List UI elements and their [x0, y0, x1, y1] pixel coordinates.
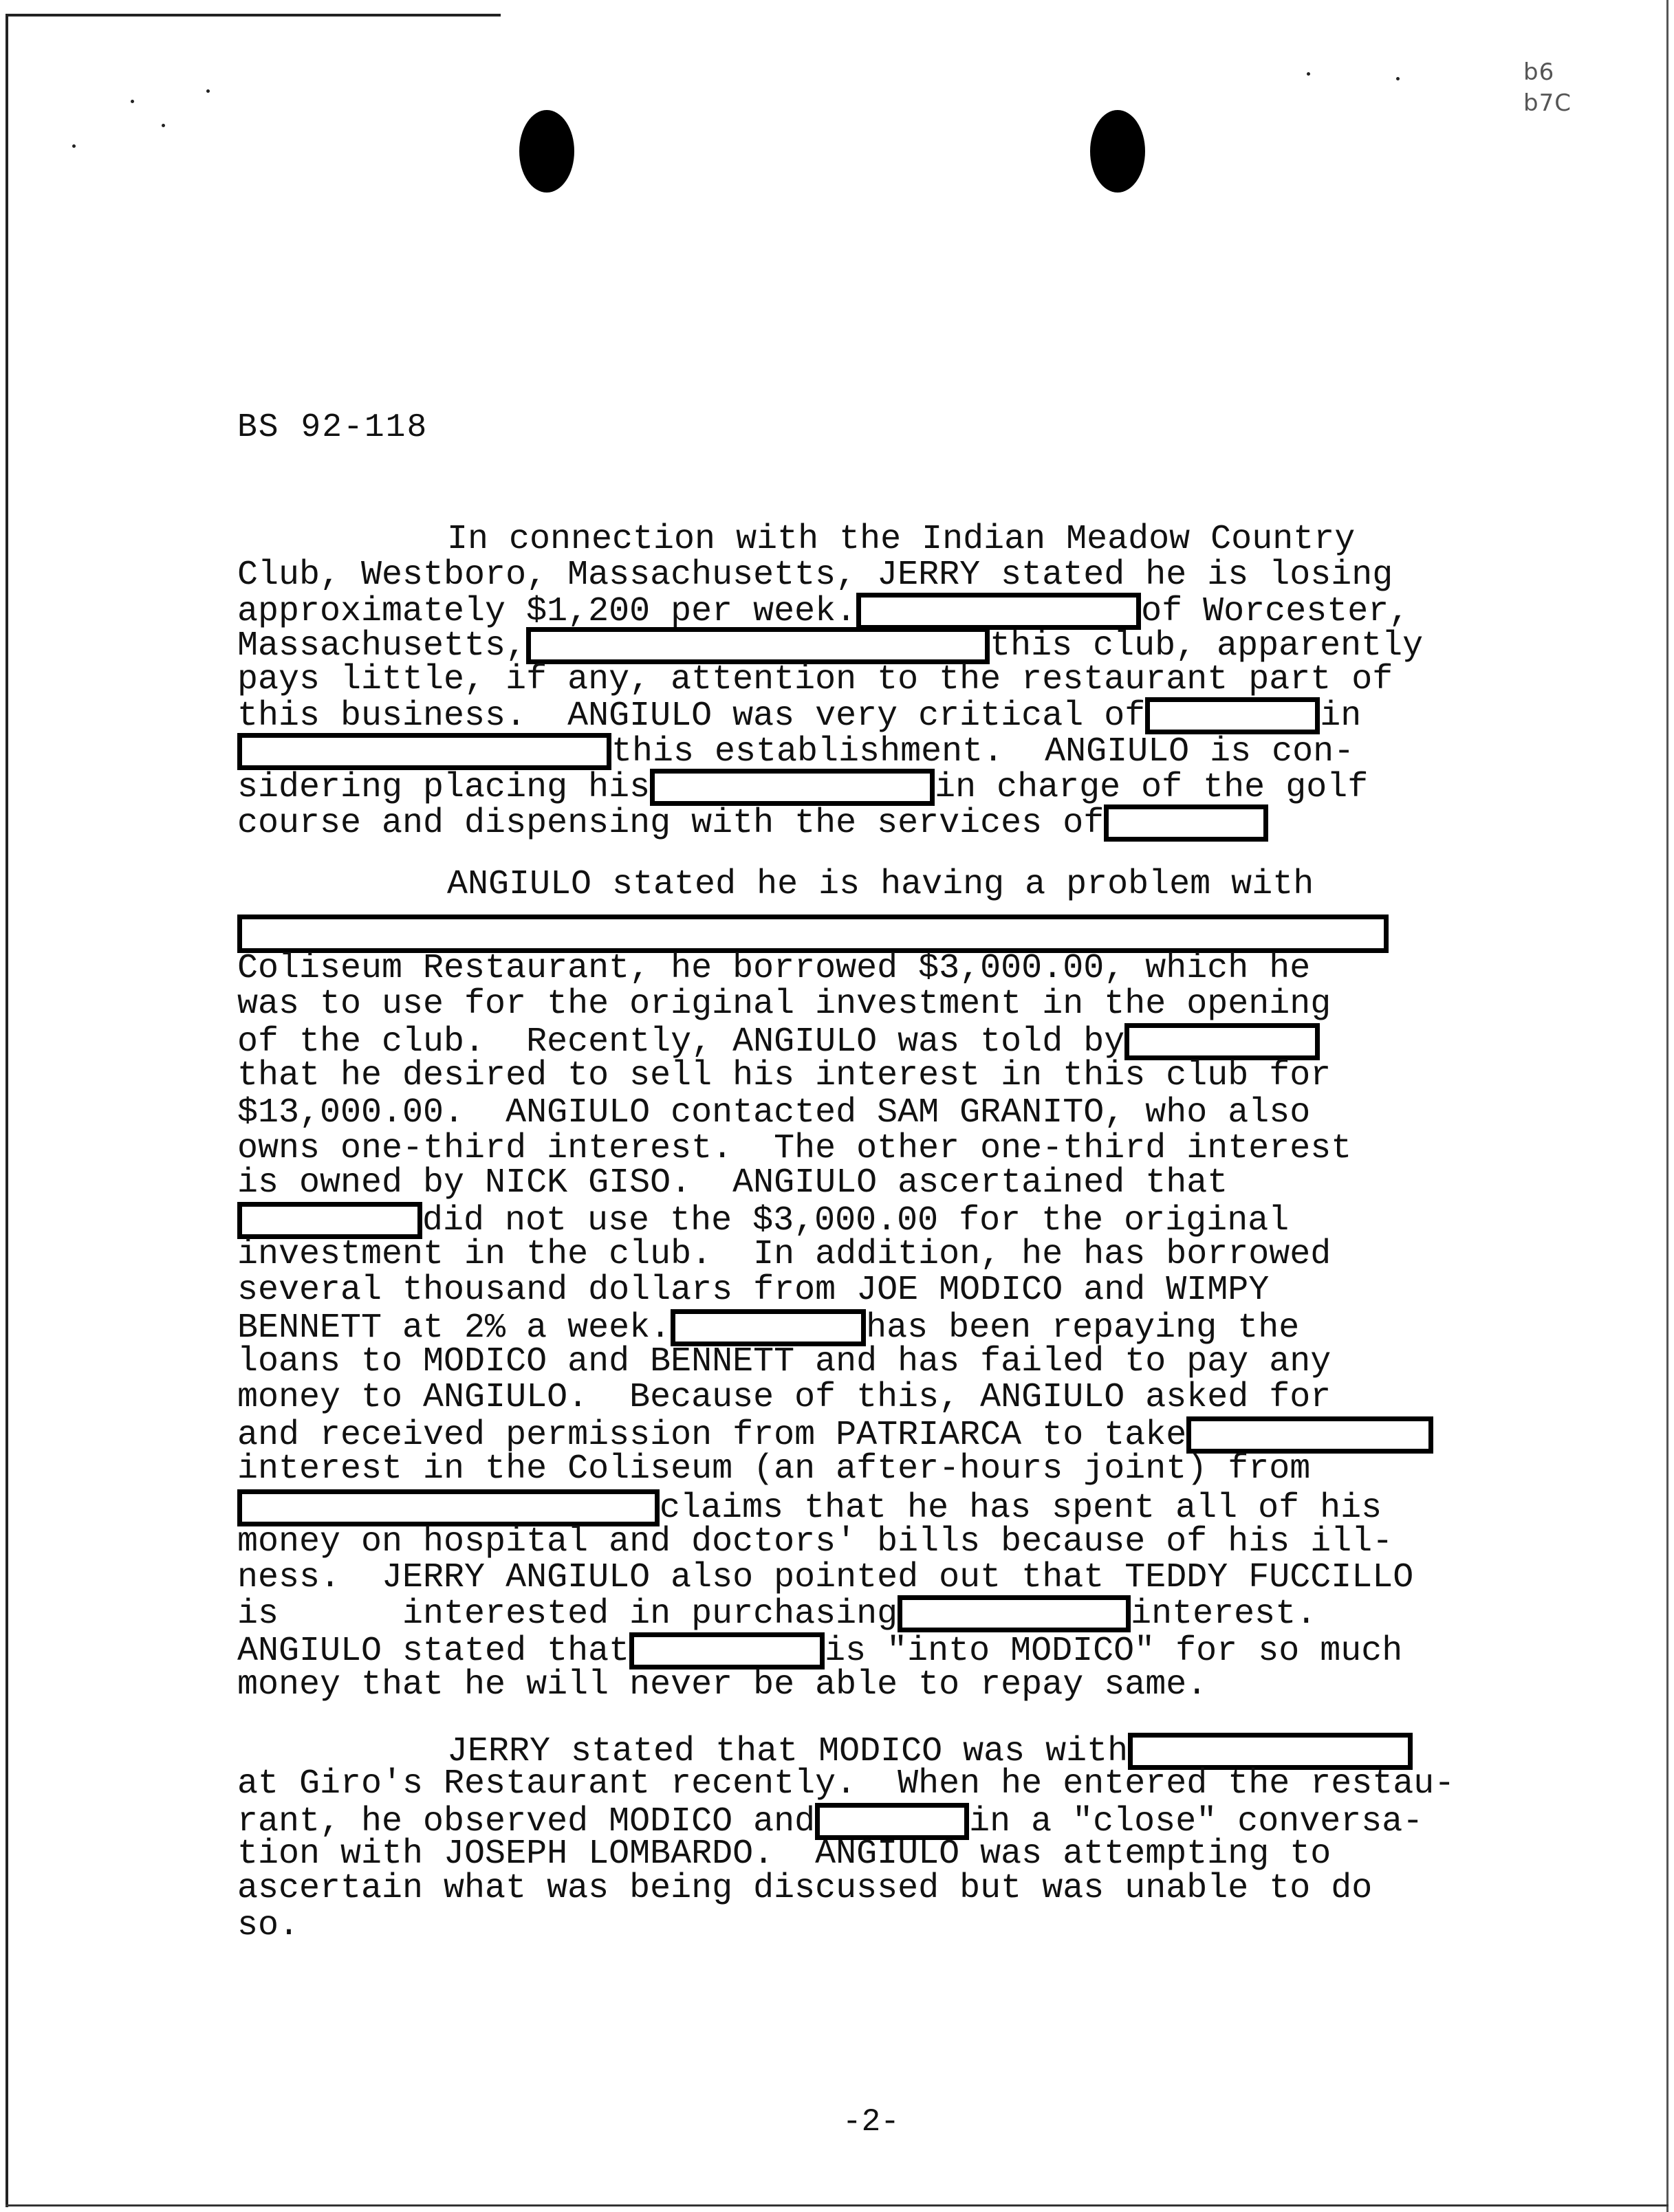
redaction-box: [REDACTED]: [237, 733, 611, 770]
text-segment: was to use for the original investment i…: [237, 985, 1331, 1024]
text-line: ANGIULO stated he is having a problem wi…: [447, 868, 1314, 902]
text-segment: in charge of the golf: [935, 768, 1368, 807]
text-line: course and dispensing with the services …: [237, 804, 1268, 842]
text-segment: ness. JERRY ANGIULO also pointed out tha…: [237, 1558, 1413, 1597]
text-line: of the club. Recently, ANGIULO was told …: [237, 1023, 1320, 1060]
text-line: ascertain what was being discussed but w…: [237, 1872, 1372, 1906]
speck-mark: [1396, 77, 1400, 80]
text-segment: that he desired to sell his interest in …: [237, 1056, 1331, 1095]
redaction-box: [REDACTED]: [671, 1309, 866, 1346]
text-line: was to use for the original investment i…: [237, 987, 1331, 1022]
text-segment: is interested in purchasing: [237, 1595, 898, 1634]
punch-hole-icon: [1090, 110, 1145, 193]
redaction-box: [REDACTED]: [650, 769, 935, 806]
document-page: b6 b7C BS 92-118 In connection with the …: [0, 0, 1674, 2212]
redaction-box: [REDACTED]: [526, 627, 990, 664]
text-segment: interest.: [1131, 1595, 1316, 1634]
text-line: owns one-third interest. The other one-t…: [237, 1132, 1351, 1166]
text-line: ness. JERRY ANGIULO also pointed out tha…: [237, 1561, 1413, 1595]
text-line: money on hospital and doctors' bills bec…: [237, 1525, 1393, 1559]
redaction-box: [REDACTED]: [856, 593, 1141, 630]
text-line: this business. ANGIULO was very critical…: [237, 697, 1361, 734]
text-segment: this business. ANGIULO was very critical…: [237, 697, 1145, 736]
text-segment: tion with JOSEPH LOMBARDO. ANGIULO was a…: [237, 1835, 1331, 1874]
page-edge-top: [6, 14, 501, 17]
text-line: is interested in purchasing[REDACTED]int…: [237, 1595, 1316, 1632]
text-segment: several thousand dollars from JOE MODICO…: [237, 1271, 1269, 1310]
text-line: several thousand dollars from JOE MODICO…: [237, 1273, 1269, 1308]
redaction-box: [REDACTED]: [898, 1595, 1131, 1632]
text-segment: pays little, if any, attention to the re…: [237, 660, 1393, 699]
text-line: BENNETT at 2% a week.[REDACTED]has been …: [237, 1309, 1299, 1346]
page-edge-right: [1666, 0, 1668, 2212]
text-segment: In connection with the Indian Meadow Cou…: [447, 520, 1355, 559]
text-segment: investment in the club. In addition, he …: [237, 1235, 1331, 1274]
text-segment: ANGIULO stated he is having a problem wi…: [447, 865, 1314, 904]
text-line: Massachusetts,[REDACTED]this club, appar…: [237, 627, 1423, 664]
text-segment: Club, Westboro, Massachusetts, JERRY sta…: [237, 556, 1393, 595]
text-line: ANGIULO stated that[REDACTED]is "into MO…: [237, 1632, 1402, 1669]
page-number: -2-: [843, 2104, 900, 2140]
text-line: money that he will never be able to repa…: [237, 1668, 1207, 1702]
text-segment: approximately $1,200 per week.: [237, 592, 856, 631]
text-line: [REDACTED]this establishment. ANGIULO is…: [237, 733, 1354, 770]
file-number: BS 92-118: [237, 409, 428, 446]
text-segment: at Giro's Restaurant recently. When he e…: [237, 1764, 1455, 1804]
text-line: approximately $1,200 per week.[REDACTED]…: [237, 593, 1409, 630]
text-line: pays little, if any, attention to the re…: [237, 663, 1393, 697]
text-line: so.: [237, 1909, 299, 1943]
text-line: at Giro's Restaurant recently. When he e…: [237, 1767, 1455, 1802]
speck-mark: [131, 100, 134, 103]
text-line: [REDACTED]claims that he has spent all o…: [237, 1489, 1382, 1526]
text-segment: in: [1320, 697, 1361, 736]
text-line: is owned by NICK GISO. ANGIULO ascertain…: [237, 1166, 1228, 1201]
text-segment: Coliseum Restaurant, he borrowed $3,000.…: [237, 949, 1310, 988]
text-line: [REDACTED]: [237, 915, 1389, 953]
text-line: money to ANGIULO. Because of this, ANGIU…: [237, 1381, 1331, 1415]
text-segment: owns one-third interest. The other one-t…: [237, 1129, 1351, 1168]
text-segment: money that he will never be able to repa…: [237, 1665, 1207, 1705]
text-line: [REDACTED]did not use the $3,000.00 for …: [237, 1202, 1289, 1239]
text-line: that he desired to sell his interest in …: [237, 1059, 1331, 1093]
text-line: $13,000.00. ANGIULO contacted SAM GRANIT…: [237, 1096, 1310, 1130]
redaction-box: [REDACTED]: [1124, 1023, 1320, 1060]
page-edge-left: [6, 14, 8, 2207]
text-segment: interest in the Coliseum (an after-hours…: [237, 1449, 1310, 1489]
text-segment: course and dispensing with the services …: [237, 804, 1104, 843]
redaction-box: [REDACTED]: [1145, 697, 1320, 734]
text-segment: this establishment. ANGIULO is con-: [611, 732, 1354, 771]
speck-mark: [206, 89, 210, 93]
page-edge-bottom: [6, 2204, 1668, 2206]
redaction-box: [REDACTED]: [629, 1632, 825, 1669]
text-line: Club, Westboro, Massachusetts, JERRY sta…: [237, 558, 1393, 593]
redaction-box: [REDACTED]: [237, 1202, 422, 1239]
punch-hole-icon: [519, 110, 574, 193]
text-segment: money to ANGIULO. Because of this, ANGIU…: [237, 1378, 1331, 1417]
text-segment: sidering placing his: [237, 768, 650, 807]
speck-mark: [162, 124, 165, 127]
text-line: Coliseum Restaurant, he borrowed $3,000.…: [237, 952, 1310, 986]
redaction-box: [REDACTED]: [237, 1489, 660, 1526]
text-line: interest in the Coliseum (an after-hours…: [237, 1452, 1310, 1487]
text-line: tion with JOSEPH LOMBARDO. ANGIULO was a…: [237, 1837, 1331, 1872]
text-segment: is owned by NICK GISO. ANGIULO ascertain…: [237, 1163, 1228, 1203]
text-line: and received permission from PATRIARCA t…: [237, 1416, 1433, 1454]
text-line: In connection with the Indian Meadow Cou…: [447, 523, 1355, 557]
exemption-code-b6: b6: [1523, 58, 1554, 86]
text-line: sidering placing his[REDACTED]in charge …: [237, 769, 1368, 806]
text-segment: so.: [237, 1906, 299, 1945]
text-segment: loans to MODICO and BENNETT and has fail…: [237, 1342, 1331, 1381]
redaction-box: [REDACTED]: [237, 915, 1389, 953]
text-line: loans to MODICO and BENNETT and has fail…: [237, 1345, 1331, 1379]
speck-mark: [72, 144, 76, 148]
speck-mark: [1307, 72, 1310, 76]
text-segment: money on hospital and doctors' bills bec…: [237, 1522, 1393, 1562]
redaction-box: [REDACTED]: [1186, 1416, 1433, 1454]
text-segment: $13,000.00. ANGIULO contacted SAM GRANIT…: [237, 1093, 1310, 1132]
exemption-code-b7c: b7C: [1523, 89, 1572, 117]
redaction-box: [REDACTED]: [1104, 804, 1268, 842]
text-segment: of Worcester,: [1141, 592, 1409, 631]
text-segment: ascertain what was being discussed but w…: [237, 1869, 1372, 1908]
text-line: investment in the club. In addition, he …: [237, 1238, 1331, 1272]
